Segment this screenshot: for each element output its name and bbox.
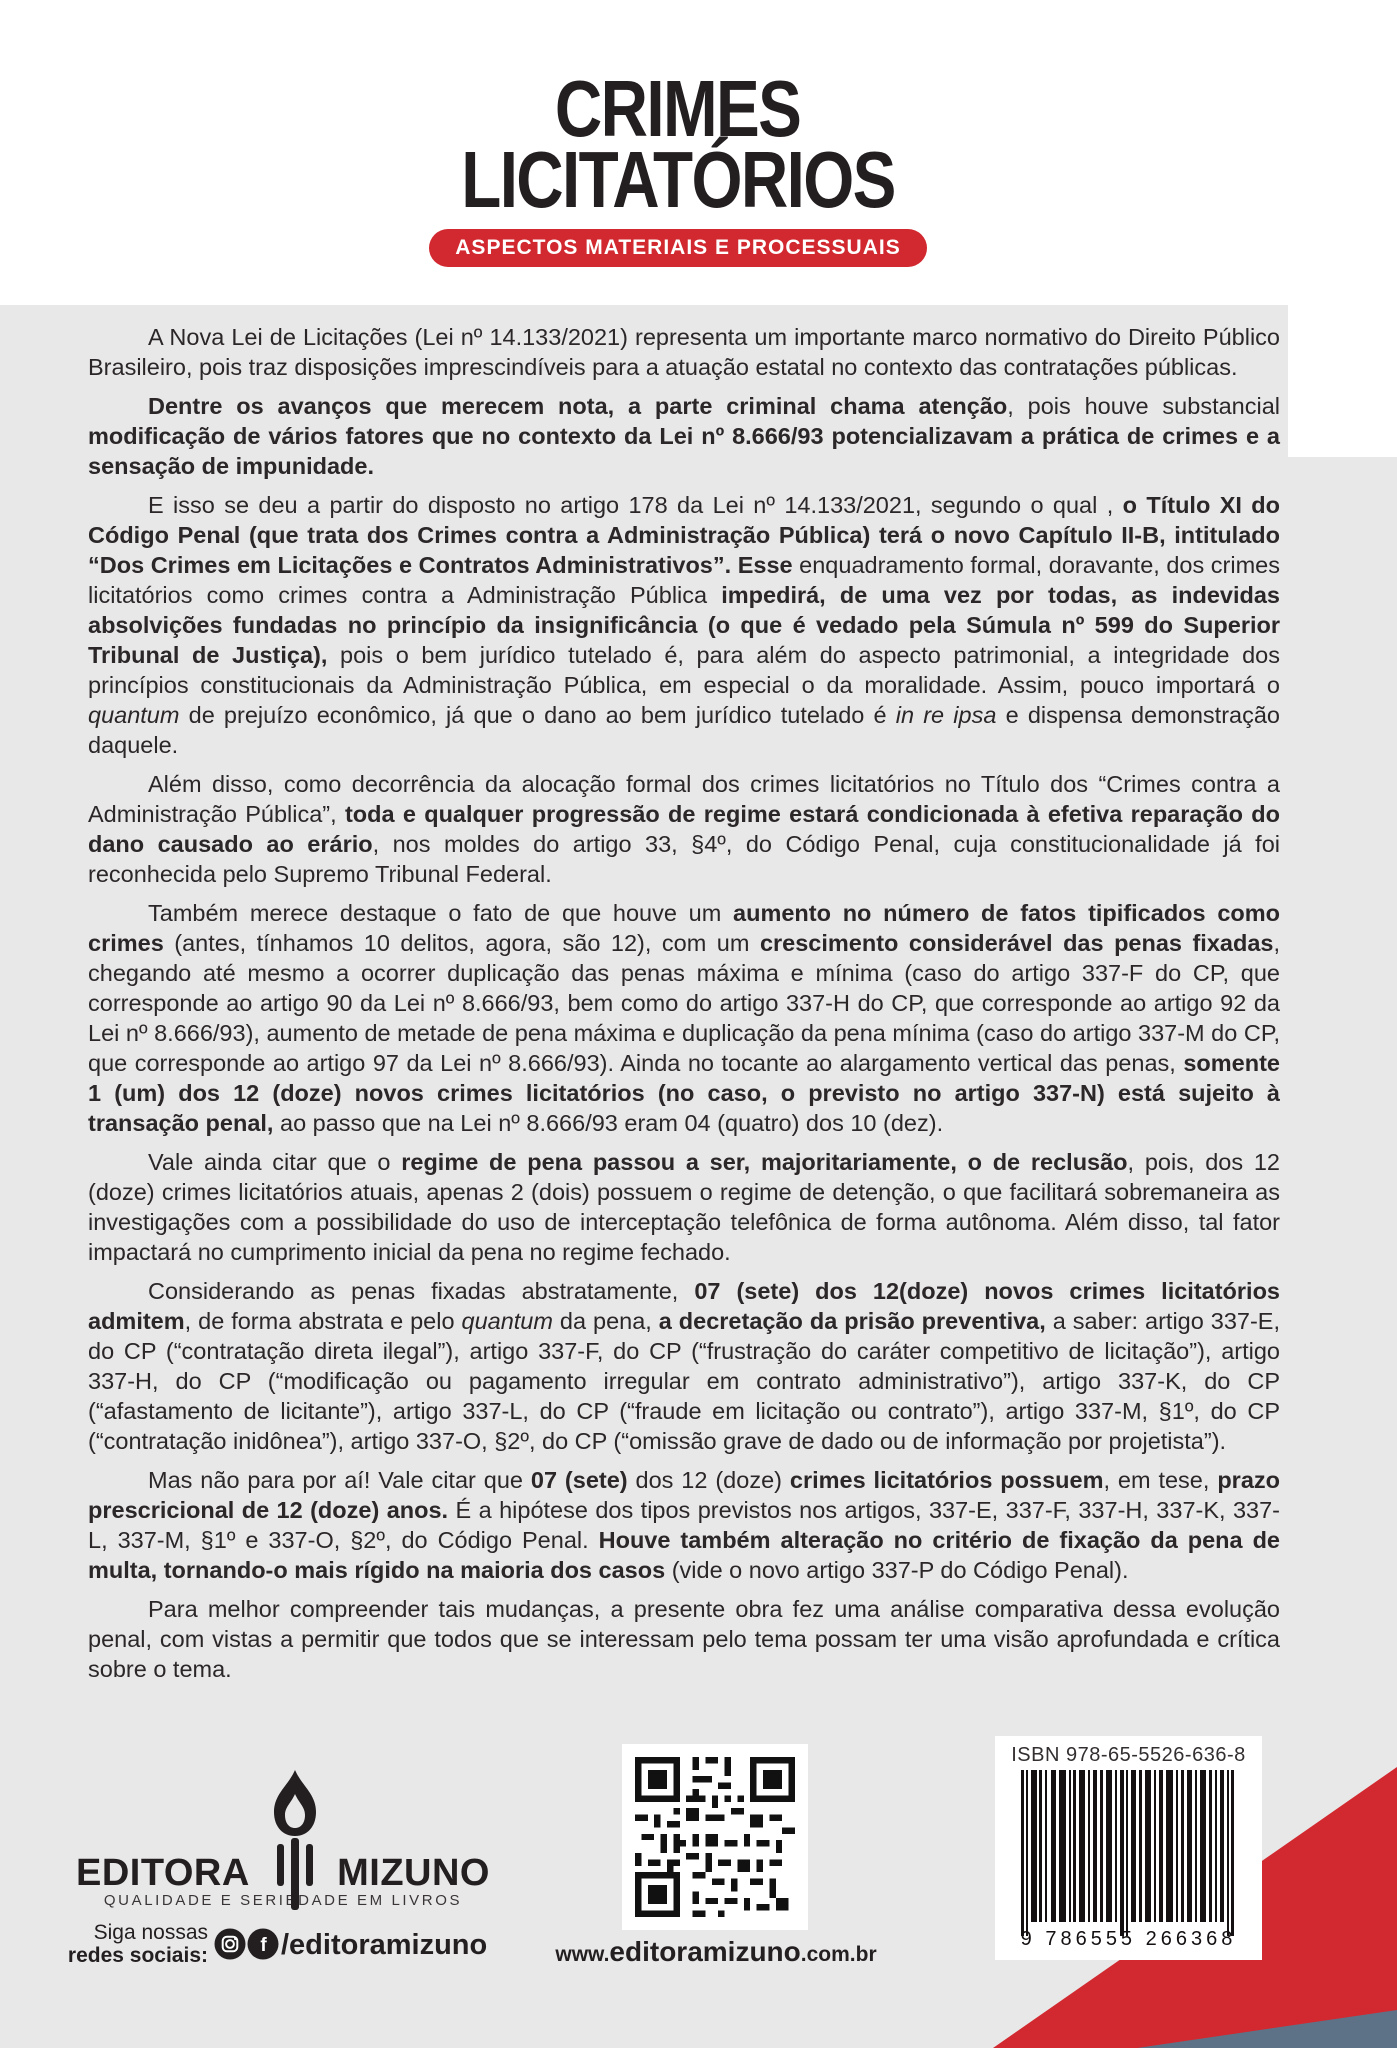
website-url: www.editoramizuno.com.br xyxy=(540,1936,892,1968)
barcode-digits: 9 786555 266368 xyxy=(995,1928,1262,1951)
qr-code xyxy=(635,1757,795,1917)
instagram-icon xyxy=(214,1928,246,1960)
website-domain: editoramizuno xyxy=(609,1936,800,1967)
barcode xyxy=(1021,1770,1235,1938)
facebook-icon: f xyxy=(247,1928,279,1960)
subtitle-badge: ASPECTOS MATERIAIS E PROCESSUAIS xyxy=(429,229,926,267)
book-back-cover: CRIMES LICITATÓRIOS ASPECTOS MATERIAIS E… xyxy=(0,0,1397,2048)
body-paragraph: Também merece destaque o fato de que hou… xyxy=(88,898,1280,1138)
qr-code-card xyxy=(622,1744,808,1930)
body-paragraph: E isso se deu a partir do disposto no ar… xyxy=(88,490,1280,760)
isbn-number: ISBN 978-65-5526-636-8 xyxy=(995,1744,1262,1767)
social-handle: /editoramizuno xyxy=(281,1929,487,1962)
website-suffix: .com.br xyxy=(801,1943,877,1966)
body-paragraph: Para melhor compreender tais mudanças, a… xyxy=(88,1594,1280,1684)
isbn-card: ISBN 978-65-5526-636-8 xyxy=(995,1736,1262,1960)
body-paragraph: Dentre os avanços que merecem nota, a pa… xyxy=(88,391,1280,481)
title-line-1: CRIMES xyxy=(555,78,800,140)
website-prefix: www. xyxy=(555,1943,609,1966)
torch-flame-icon xyxy=(250,1770,340,1910)
title-block: CRIMES LICITATÓRIOS ASPECTOS MATERIAIS E… xyxy=(0,78,1356,267)
publisher-name-right: MIZUNO xyxy=(337,1852,490,1895)
body-paragraph: A Nova Lei de Licitações (Lei nº 14.133/… xyxy=(88,322,1280,382)
title-line-2: LICITATÓRIOS xyxy=(122,149,1234,211)
body-paragraph: Além disso, como decorrência da alocação… xyxy=(88,769,1280,889)
publisher-name-left: EDITORA xyxy=(76,1852,250,1895)
panel-corner-notch xyxy=(1288,305,1397,457)
svg-text:f: f xyxy=(260,1935,267,1956)
body-paragraph: Vale ainda citar que o regime de pena pa… xyxy=(88,1147,1280,1267)
body-paragraph: Considerando as penas fixadas abstratame… xyxy=(88,1276,1280,1456)
social-prompt-line1: Siga nossas xyxy=(60,1921,208,1944)
social-prompt: Siga nossas redes sociais: xyxy=(60,1921,208,1967)
social-prompt-line2: redes sociais: xyxy=(60,1944,208,1967)
body-paragraph: Mas não para por aí! Vale citar que 07 (… xyxy=(88,1465,1280,1585)
synopsis-text: A Nova Lei de Licitações (Lei nº 14.133/… xyxy=(88,322,1280,1693)
